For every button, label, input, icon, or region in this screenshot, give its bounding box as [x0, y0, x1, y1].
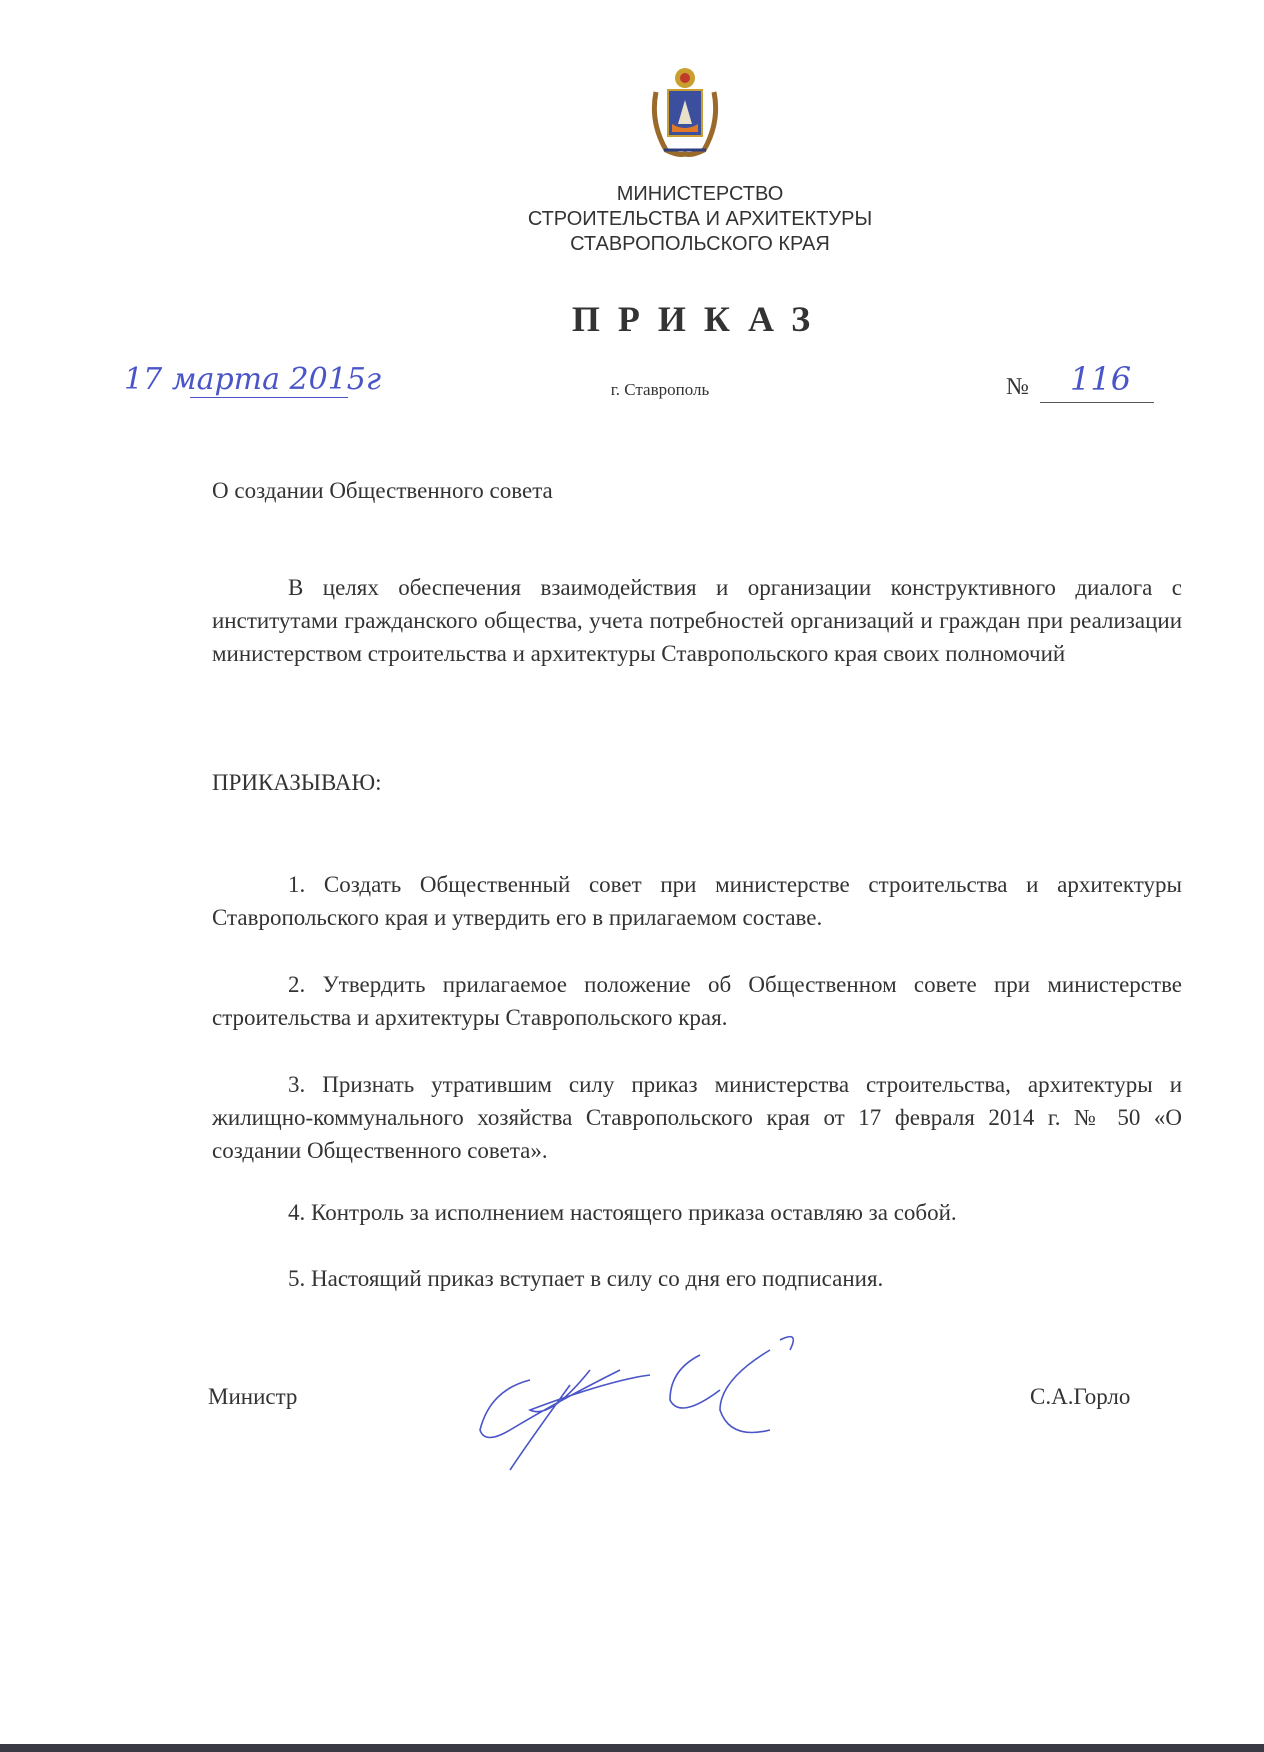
number-underline	[1040, 402, 1154, 403]
item-text: 3. Признать утратившим силу приказ минис…	[212, 1072, 1182, 1163]
ministry-line-1: МИНИСТЕРСТВО	[380, 182, 1020, 207]
signatory-role: Министр	[208, 1384, 297, 1410]
number-label: №	[1006, 374, 1029, 401]
signatory-name: С.А.Горло	[1030, 1384, 1130, 1410]
ministry-header: МИНИСТЕРСТВО СТРОИТЕЛЬСТВА И АРХИТЕКТУРЫ…	[380, 182, 1020, 257]
item-3: 3. Признать утратившим силу приказ минис…	[212, 1068, 1182, 1167]
ministry-line-2: СТРОИТЕЛЬСТВА И АРХИТЕКТУРЫ	[380, 207, 1020, 232]
item-2: 2. Утвердить прилагаемое положение об Об…	[212, 968, 1182, 1034]
subject-line: О создании Общественного совета	[212, 478, 553, 504]
handwritten-date: 17 марта 2015г	[124, 362, 381, 397]
handwritten-number: 116	[1070, 360, 1131, 398]
date-underline	[190, 397, 348, 398]
city: г. Ставрополь	[560, 380, 760, 400]
doc-type-title: ПРИКАЗ	[380, 298, 1020, 340]
preamble-text: В целях обеспечения взаимодействия и орг…	[212, 575, 1182, 666]
item-text: 1. Создать Общественный совет при минист…	[212, 872, 1182, 930]
ministry-line-3: СТАВРОПОЛЬСКОГО КРАЯ	[380, 232, 1020, 257]
item-text: 5. Настоящий приказ вступает в силу со д…	[288, 1266, 883, 1291]
preamble-paragraph: В целях обеспечения взаимодействия и орг…	[212, 571, 1182, 670]
scan-edge	[0, 1744, 1264, 1752]
signature-icon	[470, 1330, 860, 1480]
item-1: 1. Создать Общественный совет при минист…	[212, 868, 1182, 934]
coat-of-arms-icon	[648, 62, 722, 160]
item-text: 4. Контроль за исполнением настоящего пр…	[288, 1200, 957, 1225]
item-4: 4. Контроль за исполнением настоящего пр…	[212, 1196, 1182, 1229]
order-word: ПРИКАЗЫВАЮ:	[212, 770, 382, 796]
item-text: 2. Утвердить прилагаемое положение об Об…	[212, 972, 1182, 1030]
item-5: 5. Настоящий приказ вступает в силу со д…	[212, 1262, 1182, 1295]
